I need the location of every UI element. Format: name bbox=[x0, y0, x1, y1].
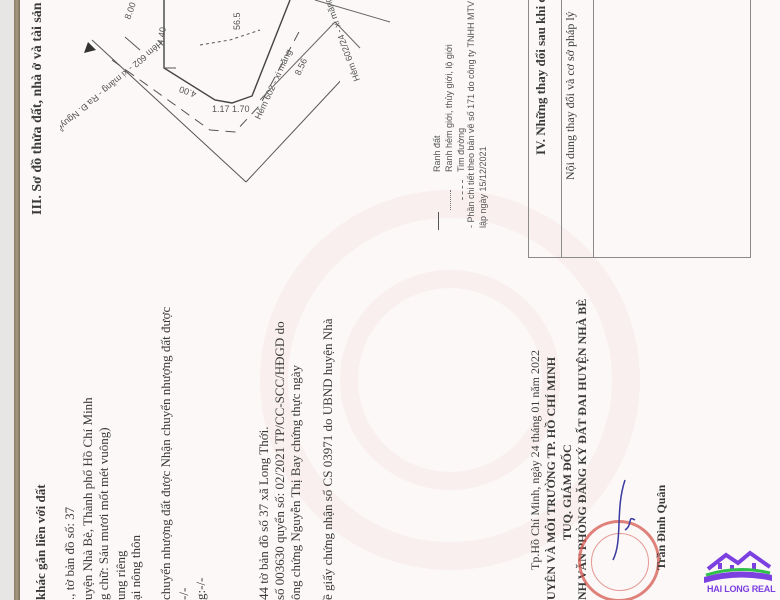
dim-8-00: 8.00 bbox=[122, 1, 137, 21]
legend-dotted-line bbox=[450, 190, 451, 210]
legend-solid-line bbox=[438, 212, 439, 230]
signature-date: Tp.Hồ Chí Minh, ngày 24 tháng 01 năm 202… bbox=[528, 350, 543, 570]
address-line: uyện Nhà Bè, Thành phố Hồ Chí Minh bbox=[80, 397, 96, 600]
signer-name: Trần Đình Quân bbox=[654, 485, 669, 570]
section-left-heading: khác gắn liền với đất bbox=[33, 484, 49, 600]
watermark-seal-inner bbox=[340, 270, 560, 490]
area-label: 56.5 bbox=[232, 12, 242, 30]
dim-1-17: 1.17 bbox=[212, 104, 230, 114]
transfer-line-2: số 003630 quyển số: 02/2021 TP/CC-SCC/HĐ… bbox=[272, 321, 288, 600]
transfer-line-3: ông chứng Nguyễn Thị Bay chứng thực ngày bbox=[288, 365, 304, 600]
transfer-line-5: ề giấy chứng nhận số CS 03971 do UBND hu… bbox=[320, 319, 336, 600]
parcel-line: ., tờ bản đồ số: 37 bbox=[62, 507, 78, 600]
diagram-note-1: - Phần chi tiết theo bản vẽ số 171 do cô… bbox=[466, 1, 476, 228]
area-words-line: g chữ: Sáu mươi mốt mét vuông) bbox=[96, 427, 112, 600]
page-edge bbox=[0, 0, 14, 600]
dim-4-00: 4.00 bbox=[178, 84, 198, 99]
land-type-line: ại nông thôn bbox=[128, 535, 144, 600]
dash-line-1: -/- bbox=[176, 588, 192, 600]
usage-form-line: ung riêng bbox=[113, 551, 129, 600]
signature-org-1: UYÊN VÀ MÔI TRƯỜNG TP. HỒ CHÍ MINH bbox=[544, 357, 559, 600]
transfer-line-1: 44 tờ bản đồ số 37 xã Long Thới. bbox=[256, 427, 272, 600]
section-iv-heading: IV. Những thay đổi sau khi cấ bbox=[533, 0, 549, 155]
legend-dashdot-line bbox=[462, 180, 463, 200]
diagram-note-2: lập ngày 15/12/2021 bbox=[478, 146, 488, 228]
hai-long-real-logo-text: HAI LONG REAL bbox=[707, 584, 775, 594]
legend-item-alley-boundary: Ranh hẻm giới, thủy giới, lộ giới bbox=[444, 44, 454, 172]
legend-item-road-center: Tim đường bbox=[456, 128, 466, 172]
legend-item-land-boundary: Ranh đất bbox=[432, 135, 442, 172]
street-main-label: Hẻm 602 - xi măng - Ra Đ. Nguyễn Văn Tạo bbox=[60, 38, 165, 159]
signature-org-2: TUQ. GIÁM ĐỐC bbox=[560, 444, 575, 540]
changes-table bbox=[528, 0, 751, 258]
section-iii-heading: III. Sơ đồ thửa đất, nhà ở và tài sản k bbox=[30, 0, 46, 215]
changes-column-header: Nội dung thay đổi và cơ sở pháp lý bbox=[563, 11, 578, 180]
dash-line-2: g:-/- bbox=[193, 578, 209, 600]
dim-1-70: 1.70 bbox=[232, 104, 250, 114]
handwritten-signature bbox=[605, 470, 645, 570]
origin-line: chuyển nhượng đất được Nhận chuyển nhượn… bbox=[158, 307, 174, 600]
side-street-diagram: Hẻm 602/24 - xi măng bbox=[260, 0, 440, 100]
